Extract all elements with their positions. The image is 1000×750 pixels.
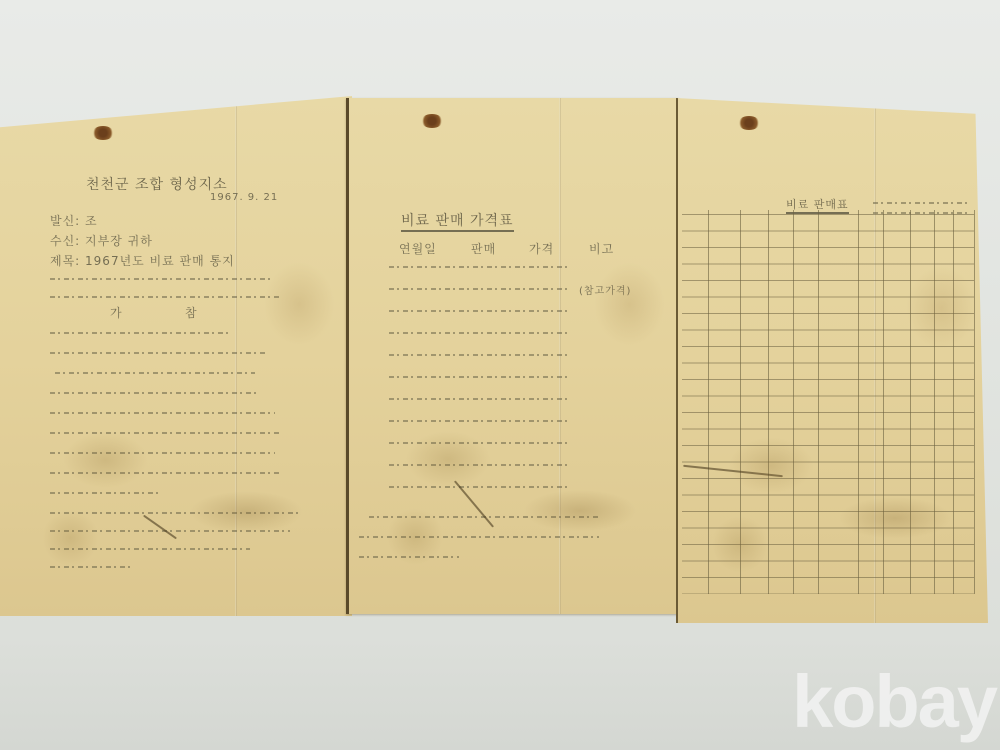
page1-line: 제목: 1967년도 비료 판매 통지 (50, 252, 235, 269)
table-column-rule (934, 210, 935, 594)
table-row (389, 420, 569, 422)
handwriting-line (50, 492, 160, 494)
ledger-table (682, 214, 974, 594)
table-column-rule (708, 210, 709, 594)
table-row (389, 354, 569, 356)
handwriting-line (50, 332, 230, 334)
paper-crack (143, 515, 177, 540)
table-row (389, 398, 569, 400)
handwriting-line (55, 372, 255, 374)
handwriting-line (50, 352, 265, 354)
table-row (389, 486, 569, 488)
handwriting-line (50, 296, 280, 298)
column-header-remarks: 비고 (589, 240, 614, 257)
column-header-date: 연월일 (399, 240, 437, 257)
document-page-3: 비료 판매표 (676, 98, 988, 623)
handwriting-line (359, 536, 599, 538)
table-column-rule (793, 210, 794, 594)
photo-scene: 천천군 조합 형성지소 1967. 9. 21 발신: 조 수신: 지부장 귀하… (0, 0, 1000, 750)
handwriting-line (359, 556, 459, 558)
page1-line: 가 (110, 304, 123, 321)
handwriting-line (50, 566, 130, 568)
table-column-rule (768, 210, 769, 594)
table-column-rule (883, 210, 884, 594)
handwriting-line (50, 548, 250, 550)
handwriting-line (50, 412, 275, 414)
handwriting-line (50, 432, 280, 434)
page1-date: 1967. 9. 21 (210, 192, 278, 203)
table-column-rule (740, 210, 741, 594)
column-header-sales: 판매 (471, 240, 496, 257)
row-remark: (참고가격) (579, 282, 631, 297)
page1-line: 수신: 지부장 귀하 (50, 232, 153, 249)
table-column-rule (858, 210, 859, 594)
document-page-1: 천천군 조합 형성지소 1967. 9. 21 발신: 조 수신: 지부장 귀하… (0, 96, 352, 616)
handwriting-line (50, 530, 290, 532)
watermark-logo: kobay (792, 659, 996, 744)
page1-line: 참 (185, 304, 198, 321)
handwriting-line (50, 278, 270, 280)
page1-line: 발신: 조 (50, 212, 98, 229)
table-column-rule (974, 210, 975, 594)
punch-hole (421, 114, 443, 128)
table-row (389, 376, 569, 378)
handwriting-line (50, 472, 280, 474)
table-row (389, 442, 569, 444)
handwriting-line (50, 392, 260, 394)
handwriting-line (50, 512, 300, 514)
handwriting-line (50, 452, 275, 454)
fold-crease (235, 96, 237, 616)
handwriting-line (873, 202, 968, 204)
punch-hole (92, 126, 114, 140)
punch-hole (738, 116, 760, 130)
column-header-price: 가격 (529, 240, 554, 257)
table-row (389, 464, 569, 466)
table-column-rule (910, 210, 911, 594)
document-page-2: 비료 판매 가격표 연월일 판매 가격 비고 (참고가격) (346, 98, 679, 614)
page1-title: 천천군 조합 형성지소 (86, 174, 228, 194)
table-column-rule (953, 210, 954, 594)
table-row (389, 332, 569, 334)
page2-title: 비료 판매 가격표 (401, 210, 514, 232)
table-row (389, 310, 569, 312)
table-column-rule (818, 210, 819, 594)
table-row (389, 266, 569, 268)
table-row (389, 288, 569, 290)
